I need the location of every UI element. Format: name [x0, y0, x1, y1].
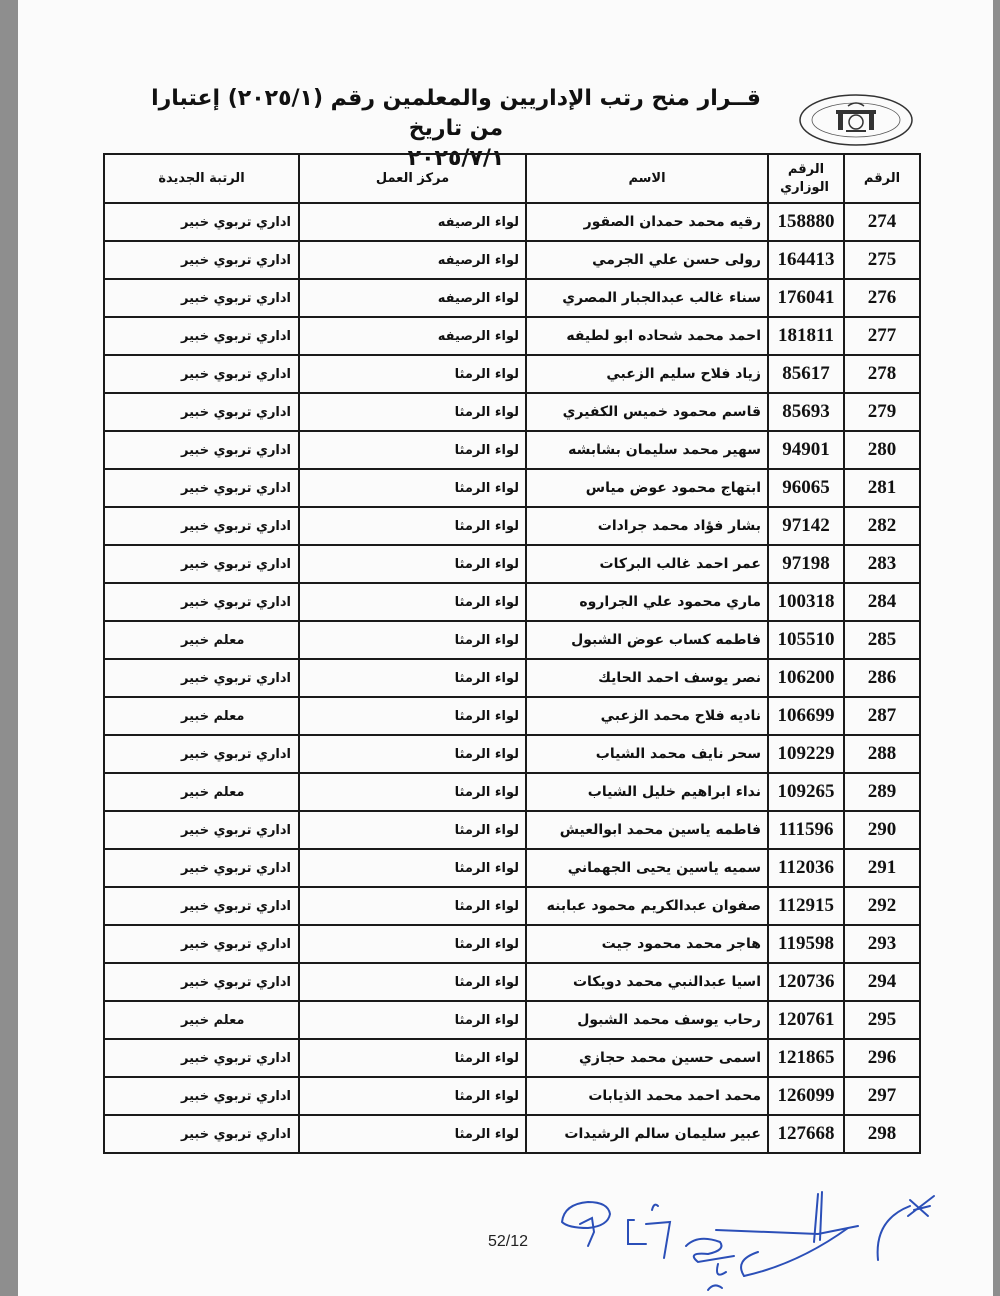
cell-new-rank: اداري تربوي خبير [104, 583, 299, 621]
cell-seq: 284 [844, 583, 920, 621]
rank-label: اداري تربوي خبير [181, 291, 291, 306]
cell-seq: 293 [844, 925, 920, 963]
cell-ministry-id: 120761 [768, 1001, 844, 1039]
table-header-row: الرقم الرقم الوزاري الاسم مركز العمل الر… [104, 154, 920, 203]
table-row: 292112915صفوان عبدالكريم محمود عبابنهلوا… [104, 887, 920, 925]
cell-ministry-id: 109265 [768, 773, 844, 811]
cell-ministry-id: 97142 [768, 507, 844, 545]
cell-work-center: لواء الرمثا [299, 393, 526, 431]
cell-seq: 281 [844, 469, 920, 507]
cell-new-rank: معلم خبير [104, 1001, 299, 1039]
cell-name: رقيه محمد حمدان الصقور [526, 203, 768, 241]
cell-seq: 289 [844, 773, 920, 811]
table-row: 285105510فاطمه كساب عوض الشبوللواء الرمث… [104, 621, 920, 659]
cell-new-rank: اداري تربوي خبير [104, 1077, 299, 1115]
cell-ministry-id: 164413 [768, 241, 844, 279]
cell-new-rank: اداري تربوي خبير [104, 203, 299, 241]
table-row: 297126099محمد احمد محمد الذياباتلواء الر… [104, 1077, 920, 1115]
cell-new-rank: اداري تربوي خبير [104, 849, 299, 887]
rank-label: اداري تربوي خبير [181, 595, 291, 610]
cell-work-center: لواء الرمثا [299, 1115, 526, 1153]
promotions-table: الرقم الرقم الوزاري الاسم مركز العمل الر… [103, 153, 921, 1154]
cell-work-center: لواء الرمثا [299, 849, 526, 887]
cell-work-center: لواء الرمثا [299, 887, 526, 925]
page-number: 52/12 [488, 1233, 528, 1251]
cell-new-rank: اداري تربوي خبير [104, 279, 299, 317]
document-page: قــرار منح رتب الإداريين والمعلمين رقم (… [18, 0, 993, 1296]
header-new-rank: الرتبة الجديدة [104, 154, 299, 203]
cell-ministry-id: 112915 [768, 887, 844, 925]
table-row: 28297142بشار فؤاد محمد جراداتلواء الرمثا… [104, 507, 920, 545]
cell-seq: 292 [844, 887, 920, 925]
cell-new-rank: معلم خبير [104, 773, 299, 811]
cell-seq: 287 [844, 697, 920, 735]
header-ministry-id: الرقم الوزاري [768, 154, 844, 203]
rank-label: اداري تربوي خبير [181, 367, 291, 382]
ministry-emblem-icon [796, 92, 916, 148]
cell-seq: 286 [844, 659, 920, 697]
rank-label: معلم خبير [181, 1013, 244, 1028]
cell-name: محمد احمد محمد الذيابات [526, 1077, 768, 1115]
cell-name: هاجر محمد محمود جيت [526, 925, 768, 963]
cell-ministry-id: 109229 [768, 735, 844, 773]
cell-name: رولى حسن علي الجرمي [526, 241, 768, 279]
table-row: 287106699ناديه فلاح محمد الزعبيلواء الرم… [104, 697, 920, 735]
cell-work-center: لواء الرصيفه [299, 241, 526, 279]
rank-label: اداري تربوي خبير [181, 747, 291, 762]
cell-work-center: لواء الرمثا [299, 735, 526, 773]
rank-label: اداري تربوي خبير [181, 253, 291, 268]
cell-name: اسيا عبدالنبي محمد دويكات [526, 963, 768, 1001]
rank-label: اداري تربوي خبير [181, 823, 291, 838]
cell-ministry-id: 96065 [768, 469, 844, 507]
table-row: 296121865اسمى حسين محمد حجازيلواء الرمثا… [104, 1039, 920, 1077]
header-seq: الرقم [844, 154, 920, 203]
rank-label: معلم خبير [181, 785, 244, 800]
cell-work-center: لواء الرمثا [299, 621, 526, 659]
cell-ministry-id: 105510 [768, 621, 844, 659]
table-row: 275164413رولى حسن علي الجرميلواء الرصيفه… [104, 241, 920, 279]
cell-ministry-id: 106699 [768, 697, 844, 735]
cell-seq: 296 [844, 1039, 920, 1077]
rank-label: اداري تربوي خبير [181, 937, 291, 952]
cell-ministry-id: 176041 [768, 279, 844, 317]
cell-new-rank: اداري تربوي خبير [104, 355, 299, 393]
table-row: 28397198عمر احمد غالب البركاتلواء الرمثا… [104, 545, 920, 583]
cell-new-rank: اداري تربوي خبير [104, 317, 299, 355]
cell-new-rank: اداري تربوي خبير [104, 431, 299, 469]
cell-name: سناء غالب عبدالجبار المصري [526, 279, 768, 317]
cell-new-rank: اداري تربوي خبير [104, 811, 299, 849]
cell-name: نصر يوسف احمد الحايك [526, 659, 768, 697]
table-row: 295120761رحاب يوسف محمد الشبوللواء الرمث… [104, 1001, 920, 1039]
cell-new-rank: اداري تربوي خبير [104, 1039, 299, 1077]
cell-ministry-id: 100318 [768, 583, 844, 621]
cell-seq: 275 [844, 241, 920, 279]
cell-ministry-id: 126099 [768, 1077, 844, 1115]
table-row: 27985693قاسم محمود خميس الكفيريلواء الرم… [104, 393, 920, 431]
cell-new-rank: اداري تربوي خبير [104, 545, 299, 583]
cell-work-center: لواء الرمثا [299, 1039, 526, 1077]
table-row: 291112036سميه ياسين يحيى الجهمانيلواء ال… [104, 849, 920, 887]
cell-work-center: لواء الرمثا [299, 697, 526, 735]
cell-work-center: لواء الرمثا [299, 1001, 526, 1039]
rank-label: اداري تربوي خبير [181, 1051, 291, 1066]
cell-name: ماري محمود علي الجراروه [526, 583, 768, 621]
table-row: 289109265نداء ابراهيم خليل الشيابلواء ال… [104, 773, 920, 811]
cell-ministry-id: 181811 [768, 317, 844, 355]
cell-name: عبير سليمان سالم الرشيدات [526, 1115, 768, 1153]
table-row: 28094901سهير محمد سليمان بشابشهلواء الرم… [104, 431, 920, 469]
rank-label: اداري تربوي خبير [181, 443, 291, 458]
cell-work-center: لواء الرمثا [299, 355, 526, 393]
rank-label: اداري تربوي خبير [181, 519, 291, 534]
cell-seq: 280 [844, 431, 920, 469]
title-line-1: قــرار منح رتب الإداريين والمعلمين رقم (… [136, 84, 776, 144]
cell-new-rank: معلم خبير [104, 697, 299, 735]
table-row: 28196065ابتهاج محمود عوض مياسلواء الرمثا… [104, 469, 920, 507]
header-name: الاسم [526, 154, 768, 203]
cell-name: سهير محمد سليمان بشابشه [526, 431, 768, 469]
rank-label: اداري تربوي خبير [181, 215, 291, 230]
cell-ministry-id: 120736 [768, 963, 844, 1001]
cell-ministry-id: 121865 [768, 1039, 844, 1077]
rank-label: اداري تربوي خبير [181, 329, 291, 344]
cell-ministry-id: 119598 [768, 925, 844, 963]
cell-ministry-id: 158880 [768, 203, 844, 241]
rank-label: معلم خبير [181, 709, 244, 724]
cell-name: بشار فؤاد محمد جرادات [526, 507, 768, 545]
rank-label: اداري تربوي خبير [181, 861, 291, 876]
cell-ministry-id: 112036 [768, 849, 844, 887]
cell-seq: 288 [844, 735, 920, 773]
cell-name: سميه ياسين يحيى الجهماني [526, 849, 768, 887]
cell-seq: 291 [844, 849, 920, 887]
cell-new-rank: معلم خبير [104, 621, 299, 659]
table-row: 293119598هاجر محمد محمود جيتلواء الرمثاا… [104, 925, 920, 963]
cell-work-center: لواء الرمثا [299, 659, 526, 697]
cell-name: اسمى حسين محمد حجازي [526, 1039, 768, 1077]
cell-seq: 274 [844, 203, 920, 241]
cell-seq: 297 [844, 1077, 920, 1115]
cell-seq: 278 [844, 355, 920, 393]
cell-work-center: لواء الرصيفه [299, 203, 526, 241]
cell-new-rank: اداري تربوي خبير [104, 925, 299, 963]
cell-new-rank: اداري تربوي خبير [104, 1115, 299, 1153]
cell-work-center: لواء الرمثا [299, 1077, 526, 1115]
cell-name: عمر احمد غالب البركات [526, 545, 768, 583]
table-row: 284100318ماري محمود علي الجراروهلواء الر… [104, 583, 920, 621]
rank-label: اداري تربوي خبير [181, 899, 291, 914]
cell-seq: 276 [844, 279, 920, 317]
cell-new-rank: اداري تربوي خبير [104, 887, 299, 925]
table-row: 288109229سحر نايف محمد الشيابلواء الرمثا… [104, 735, 920, 773]
cell-work-center: لواء الرمثا [299, 963, 526, 1001]
cell-work-center: لواء الرمثا [299, 773, 526, 811]
table-row: 277181811احمد محمد شحاده ابو لطيفهلواء ا… [104, 317, 920, 355]
cell-seq: 290 [844, 811, 920, 849]
cell-new-rank: اداري تربوي خبير [104, 393, 299, 431]
cell-name: احمد محمد شحاده ابو لطيفه [526, 317, 768, 355]
rank-label: اداري تربوي خبير [181, 1127, 291, 1142]
cell-seq: 298 [844, 1115, 920, 1153]
table-row: 298127668عبير سليمان سالم الرشيداتلواء ا… [104, 1115, 920, 1153]
cell-name: ابتهاج محمود عوض مياس [526, 469, 768, 507]
cell-seq: 294 [844, 963, 920, 1001]
cell-new-rank: اداري تربوي خبير [104, 241, 299, 279]
cell-work-center: لواء الرصيفه [299, 317, 526, 355]
table-row: 276176041سناء غالب عبدالجبار المصريلواء … [104, 279, 920, 317]
cell-name: زياد فلاح سليم الزعبي [526, 355, 768, 393]
cell-new-rank: اداري تربوي خبير [104, 507, 299, 545]
cell-new-rank: اداري تربوي خبير [104, 659, 299, 697]
cell-work-center: لواء الرمثا [299, 925, 526, 963]
header-work-center: مركز العمل [299, 154, 526, 203]
cell-ministry-id: 111596 [768, 811, 844, 849]
cell-seq: 295 [844, 1001, 920, 1039]
cell-name: فاطمه كساب عوض الشبول [526, 621, 768, 659]
cell-name: ناديه فلاح محمد الزعبي [526, 697, 768, 735]
cell-work-center: لواء الرمثا [299, 431, 526, 469]
rank-label: اداري تربوي خبير [181, 671, 291, 686]
table-row: 290111596فاطمه ياسين محمد ابوالعيشلواء ا… [104, 811, 920, 849]
table-row: 294120736اسيا عبدالنبي محمد دويكاتلواء ا… [104, 963, 920, 1001]
cell-ministry-id: 97198 [768, 545, 844, 583]
rank-label: معلم خبير [181, 633, 244, 648]
signature-icon [558, 1180, 998, 1296]
rank-label: اداري تربوي خبير [181, 405, 291, 420]
cell-work-center: لواء الرمثا [299, 583, 526, 621]
cell-work-center: لواء الرمثا [299, 811, 526, 849]
cell-ministry-id: 127668 [768, 1115, 844, 1153]
rank-label: اداري تربوي خبير [181, 975, 291, 990]
rank-label: اداري تربوي خبير [181, 1089, 291, 1104]
cell-seq: 277 [844, 317, 920, 355]
cell-work-center: لواء الرمثا [299, 545, 526, 583]
cell-new-rank: اداري تربوي خبير [104, 469, 299, 507]
rank-label: اداري تربوي خبير [181, 481, 291, 496]
cell-ministry-id: 85617 [768, 355, 844, 393]
cell-work-center: لواء الرمثا [299, 507, 526, 545]
cell-name: نداء ابراهيم خليل الشياب [526, 773, 768, 811]
cell-new-rank: اداري تربوي خبير [104, 735, 299, 773]
table-row: 27885617زياد فلاح سليم الزعبيلواء الرمثا… [104, 355, 920, 393]
cell-seq: 283 [844, 545, 920, 583]
cell-seq: 282 [844, 507, 920, 545]
cell-name: سحر نايف محمد الشياب [526, 735, 768, 773]
cell-name: قاسم محمود خميس الكفيري [526, 393, 768, 431]
cell-work-center: لواء الرصيفه [299, 279, 526, 317]
cell-name: فاطمه ياسين محمد ابوالعيش [526, 811, 768, 849]
cell-new-rank: اداري تربوي خبير [104, 963, 299, 1001]
cell-work-center: لواء الرمثا [299, 469, 526, 507]
cell-ministry-id: 94901 [768, 431, 844, 469]
cell-name: رحاب يوسف محمد الشبول [526, 1001, 768, 1039]
cell-seq: 285 [844, 621, 920, 659]
cell-seq: 279 [844, 393, 920, 431]
cell-ministry-id: 106200 [768, 659, 844, 697]
cell-name: صفوان عبدالكريم محمود عبابنه [526, 887, 768, 925]
table-row: 274158880رقيه محمد حمدان الصقورلواء الرص… [104, 203, 920, 241]
cell-ministry-id: 85693 [768, 393, 844, 431]
table-row: 286106200نصر يوسف احمد الحايكلواء الرمثا… [104, 659, 920, 697]
rank-label: اداري تربوي خبير [181, 557, 291, 572]
